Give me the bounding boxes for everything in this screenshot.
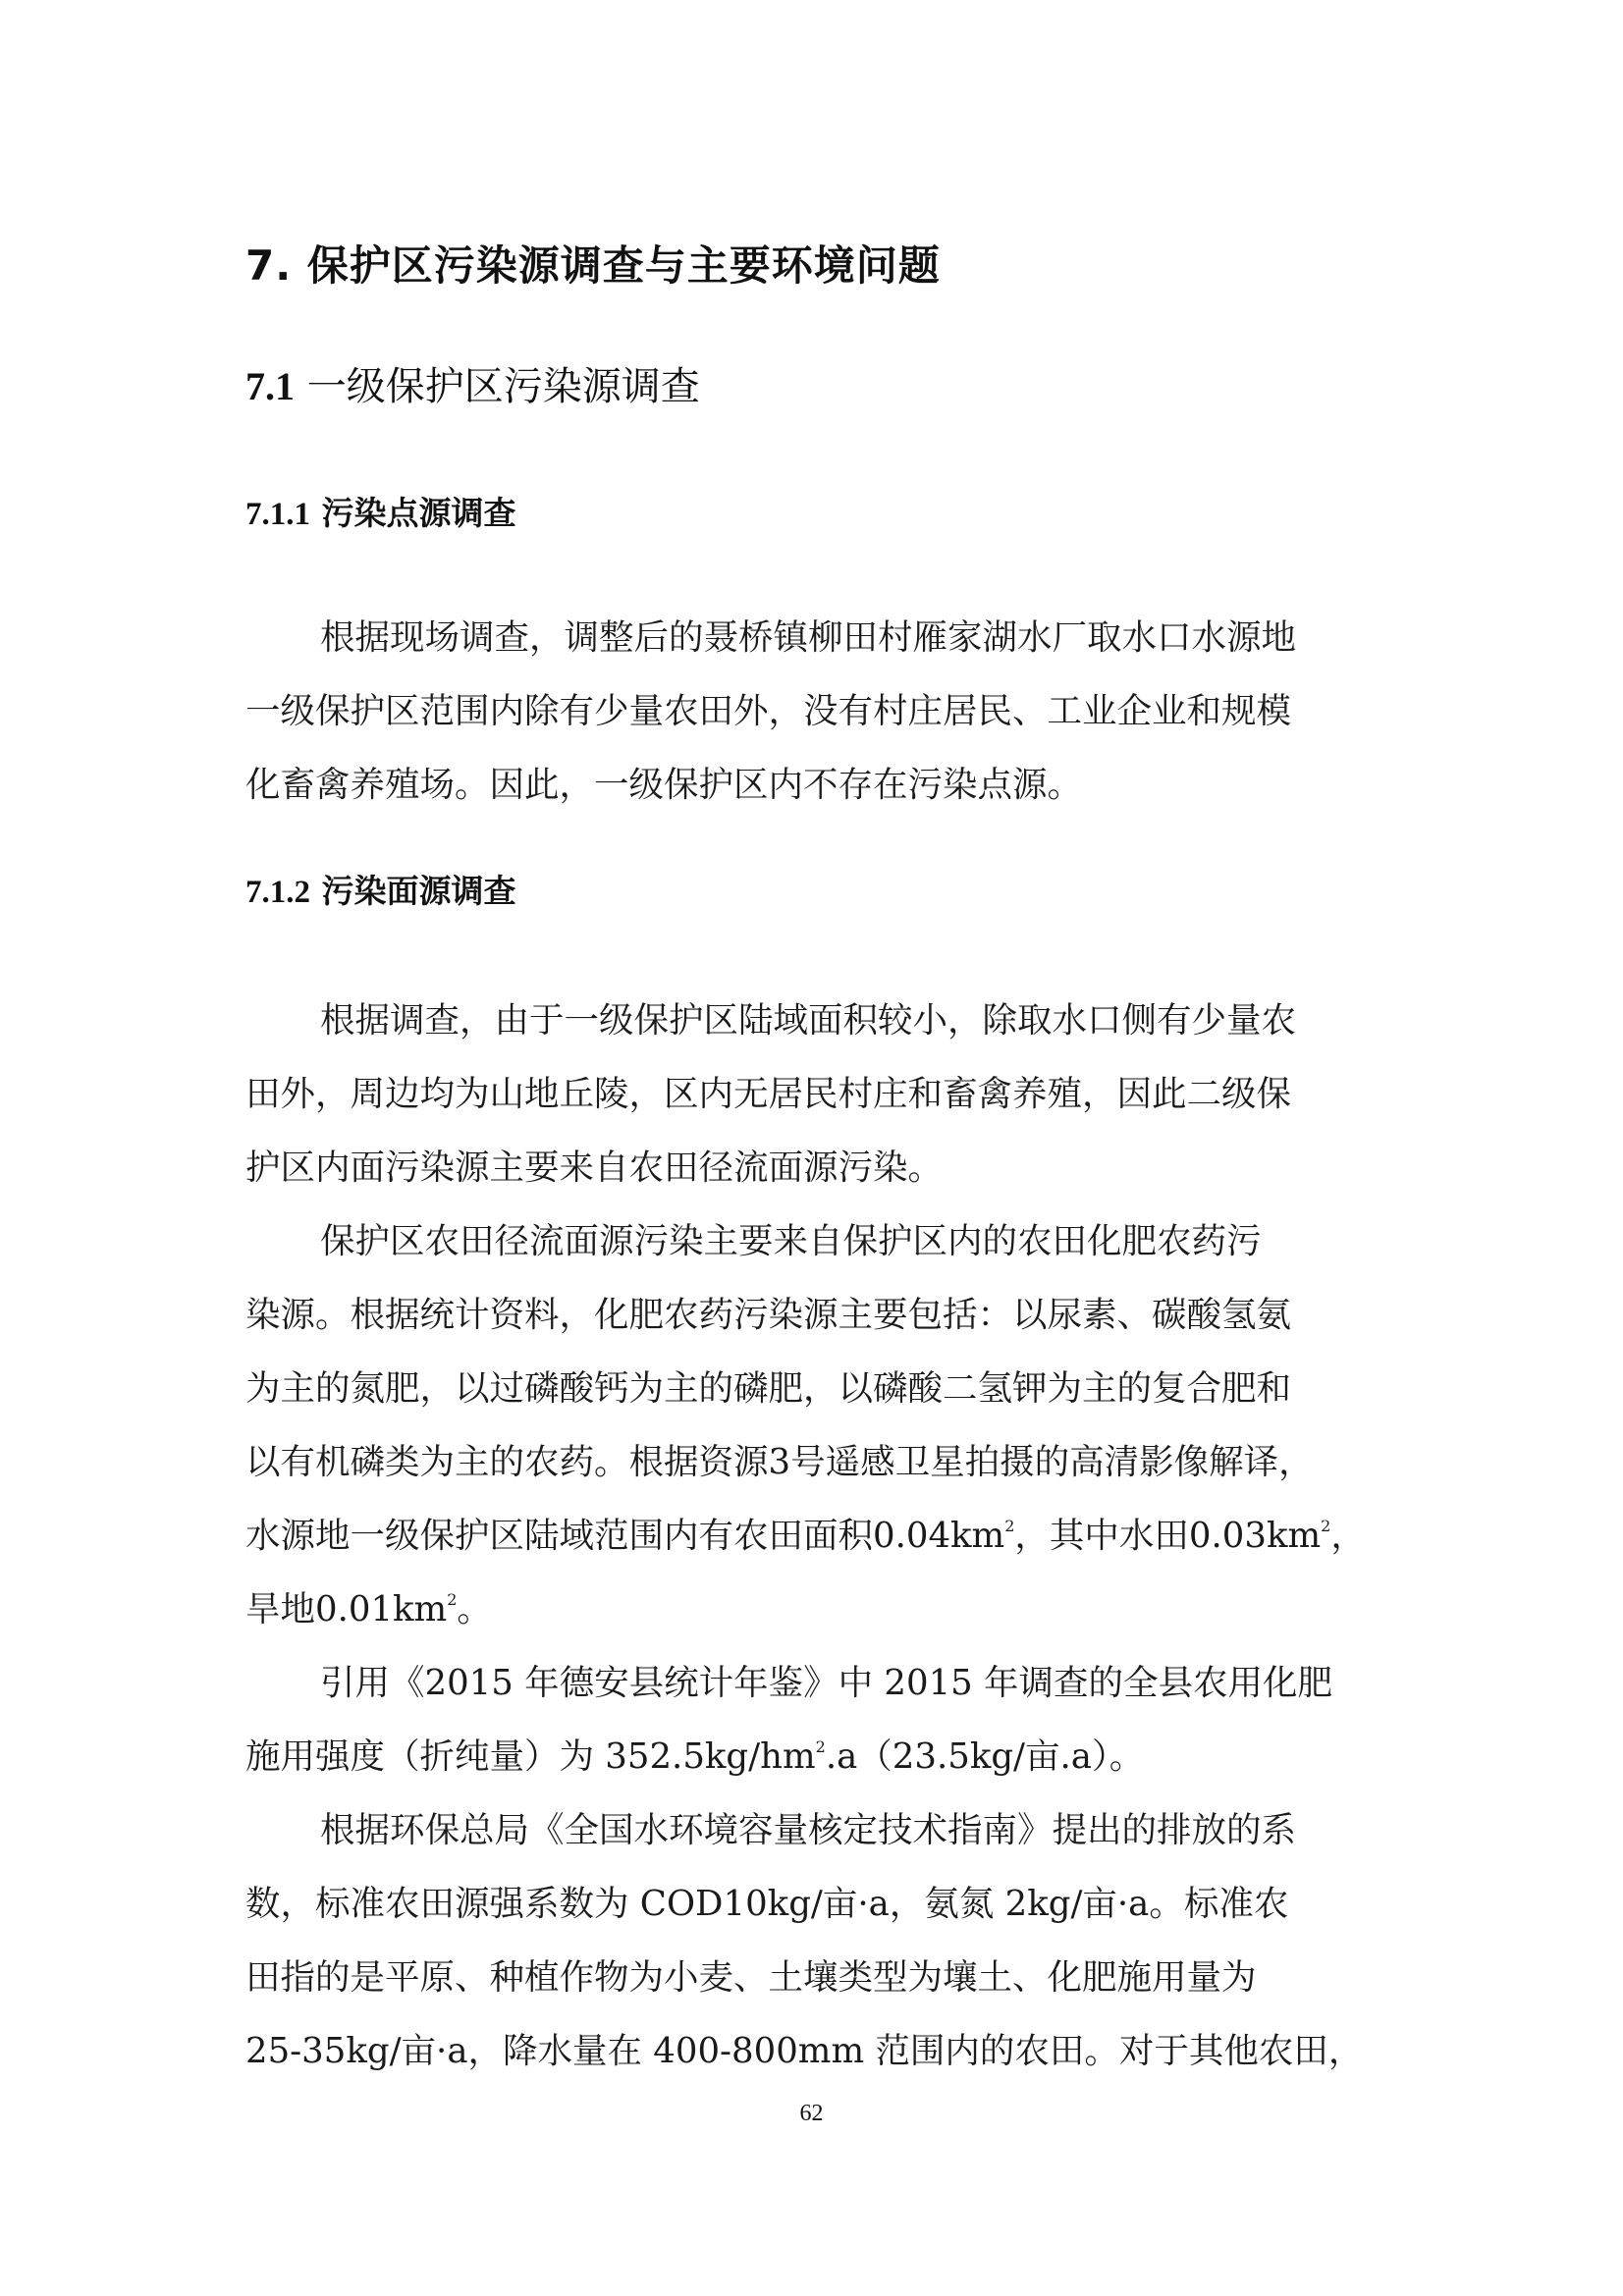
paragraph-fertilizer-intensity: 引用《2015 年德安县统计年鉴》中 2015 年调查的全县农用化肥 施用强度（… bbox=[245, 1646, 1375, 1793]
text-line: 25-35kg/亩·a，降水量在 400-800mm 范围内的农田。对于其他农田… bbox=[245, 2014, 1375, 2088]
text-line: 保护区农田径流面源污染主要来自保护区内的农田化肥农药污 bbox=[245, 1204, 1375, 1278]
text-line: 为主的氮肥，以过磷酸钙为主的磷肥，以磷酸二氢钾为主的复合肥和 bbox=[245, 1352, 1375, 1425]
text-line: 以有机磷类为主的农药。根据资源3号遥感卫星拍摄的高清影像解译， bbox=[245, 1425, 1375, 1499]
text-line: 水源地一级保护区陆域范围内有农田面积0.04km2，其中水田0.03km2， bbox=[245, 1499, 1375, 1573]
text-line: 化畜禽养殖场。因此，一级保护区内不存在污染点源。 bbox=[245, 748, 1375, 822]
text-line: 染源。根据统计资料，化肥农药污染源主要包括：以尿素、碳酸氢氨 bbox=[245, 1278, 1375, 1352]
paragraph-farmland-runoff: 保护区农田径流面源污染主要来自保护区内的农田化肥农药污 染源。根据统计资料，化肥… bbox=[245, 1204, 1375, 1646]
section-title: 7.1 一级保护区污染源调查 bbox=[245, 355, 700, 411]
superscript: 2 bbox=[1321, 1517, 1330, 1535]
subsection-text: 污染点源调查 bbox=[310, 494, 516, 532]
subsection-text: 污染面源调查 bbox=[310, 872, 516, 910]
text-line: 根据现场调查，调整后的聂桥镇柳田村雁家湖水厂取水口水源地 bbox=[245, 601, 1375, 674]
text-line: 数，标准农田源强系数为 COD10kg/亩·a，氨氮 2kg/亩·a。标准农 bbox=[245, 1867, 1375, 1941]
text-line: 田外，周边均为山地丘陵，区内无居民村庄和畜禽养殖，因此二级保 bbox=[245, 1057, 1375, 1131]
text-line: 一级保护区范围内除有少量农田外，没有村庄居民、工业企业和规模 bbox=[245, 674, 1375, 748]
chapter-title: 7. 保护区污染源调查与主要环境问题 bbox=[245, 234, 941, 293]
paragraph-emission-coefficients: 根据环保总局《全国水环境容量核定技术指南》提出的排放的系 数，标准农田源强系数为… bbox=[245, 1793, 1375, 2088]
section-text: 一级保护区污染源调查 bbox=[295, 364, 700, 409]
text-line: 护区内面污染源主要来自农田径流面源污染。 bbox=[245, 1131, 1375, 1204]
text-line: 根据环保总局《全国水环境容量核定技术指南》提出的排放的系 bbox=[245, 1793, 1375, 1867]
text-line: 根据调查，由于一级保护区陆域面积较小，除取水口侧有少量农 bbox=[245, 984, 1375, 1057]
text-line: 田指的是平原、种植作物为小麦、土壤类型为壤土、化肥施用量为 bbox=[245, 1941, 1375, 2014]
text-segment: .a（23.5kg/亩.a）。 bbox=[826, 1736, 1144, 1777]
text-segment: 。 bbox=[457, 1589, 492, 1629]
superscript: 2 bbox=[447, 1590, 457, 1609]
text-line: 旱地0.01km2。 bbox=[245, 1573, 1375, 1646]
subsection-number: 7.1.1 bbox=[245, 497, 310, 532]
text-line: 施用强度（折纯量）为 352.5kg/hm2.a（23.5kg/亩.a）。 bbox=[245, 1720, 1375, 1793]
page-number: 62 bbox=[0, 2101, 1623, 2127]
document-page: 7. 保护区污染源调查与主要环境问题 7.1 一级保护区污染源调查 7.1.1 … bbox=[0, 0, 1623, 2296]
text-segment: 水源地一级保护区陆域范围内有农田面积0.04km bbox=[245, 1516, 1004, 1556]
paragraph-point-source: 根据现场调查，调整后的聂桥镇柳田村雁家湖水厂取水口水源地 一级保护区范围内除有少… bbox=[245, 601, 1375, 822]
text-segment: ，其中水田0.03km bbox=[1014, 1516, 1321, 1556]
subsection-title-nonpoint-source: 7.1.2 污染面源调查 bbox=[245, 866, 516, 912]
superscript: 2 bbox=[1004, 1517, 1014, 1535]
text-segment: 施用强度（折纯量）为 352.5kg/hm bbox=[245, 1736, 816, 1777]
text-segment: ， bbox=[1330, 1516, 1366, 1556]
section-number: 7.1 bbox=[245, 364, 295, 408]
paragraph-nonpoint-survey: 根据调查，由于一级保护区陆域面积较小，除取水口侧有少量农 田外，周边均为山地丘陵… bbox=[245, 984, 1375, 1204]
superscript: 2 bbox=[816, 1737, 826, 1756]
text-segment: 旱地0.01km bbox=[245, 1589, 447, 1629]
text-line: 引用《2015 年德安县统计年鉴》中 2015 年调查的全县农用化肥 bbox=[245, 1646, 1375, 1720]
subsection-title-point-source: 7.1.1 污染点源调查 bbox=[245, 488, 516, 534]
subsection-number: 7.1.2 bbox=[245, 875, 310, 910]
